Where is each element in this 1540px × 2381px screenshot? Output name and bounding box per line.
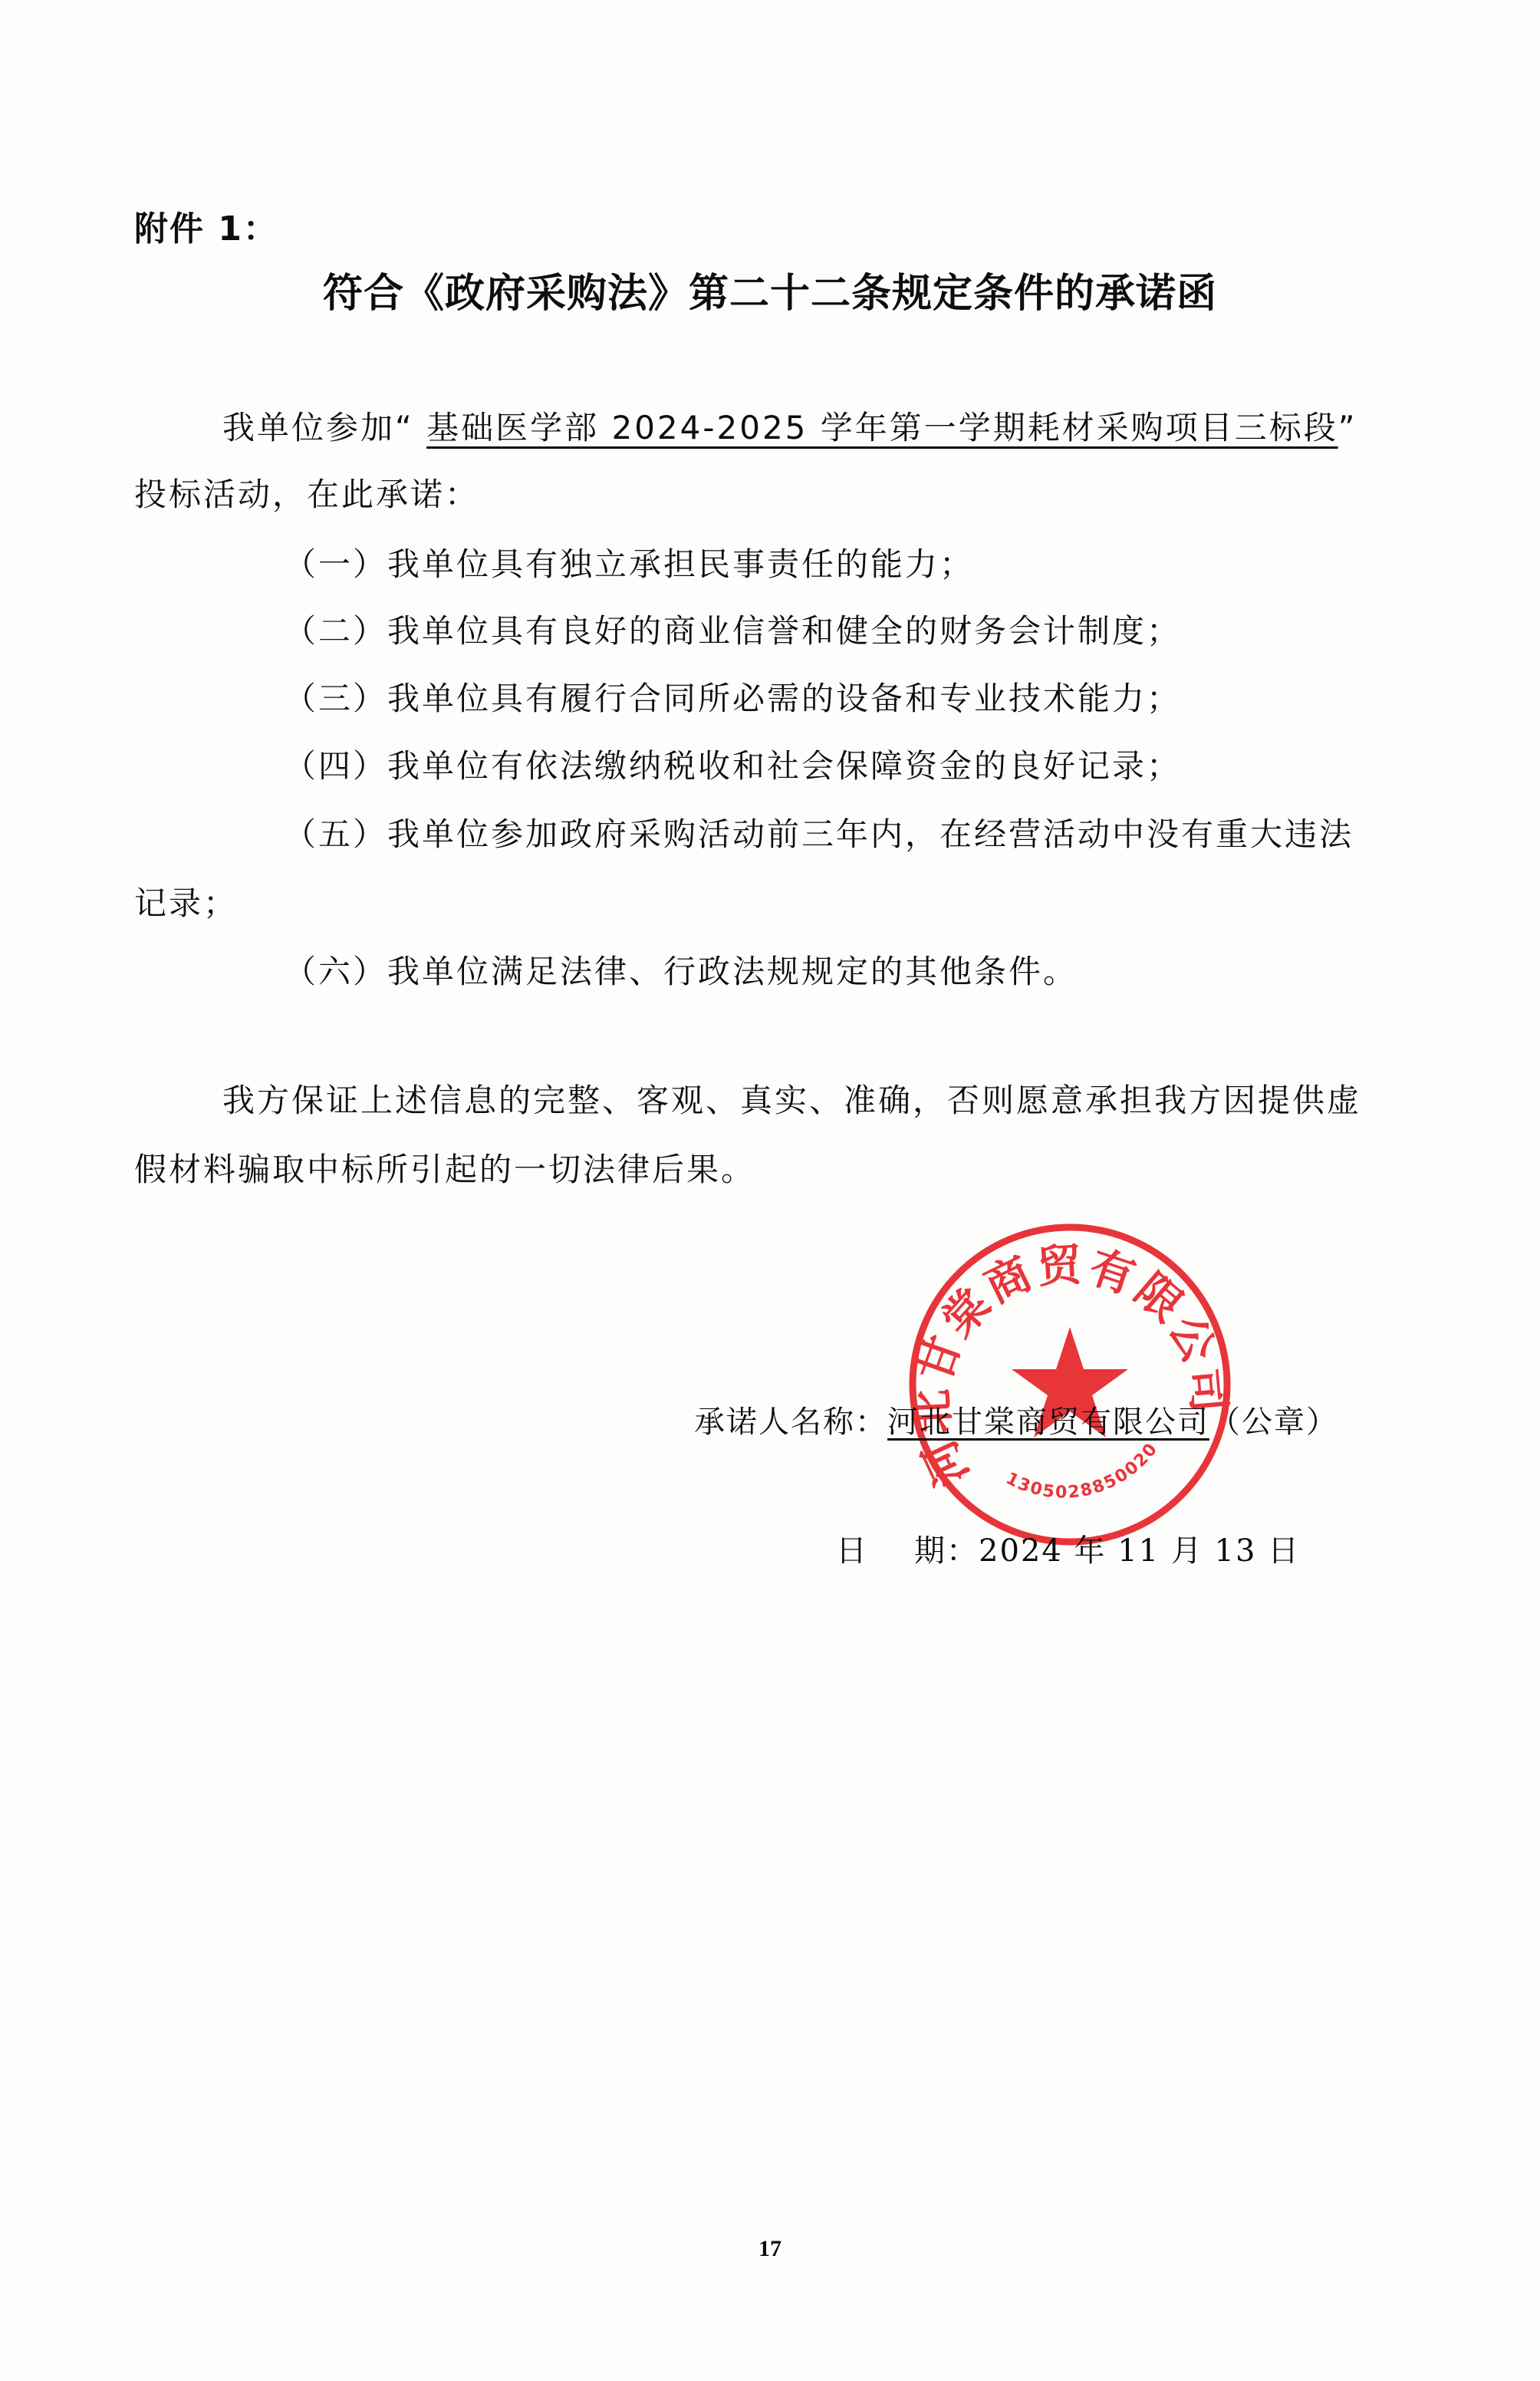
commitment-text: 我单位满足法律、行政法规规定的其他条件。	[387, 953, 1078, 990]
signature-line: 承诺人名称：河北甘棠商贸有限公司（公章）	[694, 1398, 1338, 1441]
seal-note: （公章）	[1209, 1405, 1338, 1440]
commitment-text: 我单位具有良好的商业信誉和健全的财务会计制度；	[387, 612, 1181, 650]
page-number: 17	[0, 2236, 1540, 2262]
attachment-label: 附件 1：	[134, 201, 278, 250]
company-seal-stamp: 河北甘棠商贸有限公司 1305028850020	[905, 1220, 1235, 1549]
commitment-text: 我单位具有履行合同所必需的设备和专业技术能力；	[387, 680, 1181, 717]
intro-paragraph-line2: 投标活动，在此承诺：	[134, 469, 479, 515]
date-line: 日期：2024 年 11 月 13 日	[836, 1526, 1300, 1570]
company-name: 河北甘棠商贸有限公司	[887, 1405, 1209, 1440]
signature-label: 承诺人名称：	[694, 1405, 887, 1440]
commitment-item-2: （二）我单位具有良好的商业信誉和健全的财务会计制度；	[284, 606, 1181, 652]
guarantee-paragraph-line1: 我方保证上述信息的完整、客观、真实、准确，否则愿意承担我方因提供虚	[222, 1075, 1361, 1121]
date-label-1: 日	[836, 1533, 868, 1569]
commitment-text: 我单位具有独立承担民事责任的能力；	[387, 545, 974, 583]
commitment-text: 我单位有依法缴纳税收和社会保障资金的良好记录；	[387, 747, 1181, 785]
commitment-number: （五）	[284, 815, 387, 853]
date-value: 2024 年 11 月 13 日	[979, 1533, 1300, 1569]
commitment-item-5: （五）我单位参加政府采购活动前三年内，在经营活动中没有重大违法	[284, 809, 1354, 855]
commitment-item-3: （三）我单位具有履行合同所必需的设备和专业技术能力；	[284, 673, 1181, 720]
commitment-number: （四）	[284, 747, 387, 785]
commitment-number: （二）	[284, 612, 387, 650]
guarantee-paragraph-line2: 假材料骗取中标所引起的一切法律后果。	[134, 1144, 755, 1190]
commitment-text: 我单位参加政府采购活动前三年内，在经营活动中没有重大违法	[387, 815, 1354, 853]
intro-prefix: 我单位参加“	[222, 409, 426, 446]
project-name: 基础医学部 2024-2025 学年第一学期耗材采购项目三标段	[426, 409, 1338, 446]
seal-serial-number: 1305028850020	[1002, 1439, 1162, 1503]
commitment-item-1: （一）我单位具有独立承担民事责任的能力；	[284, 539, 974, 585]
commitment-item-5-continuation: 记录；	[134, 878, 238, 924]
document-title: 符合《政府采购法》第二十二条规定条件的承诺函	[0, 261, 1540, 318]
commitment-number: （三）	[284, 680, 387, 717]
commitment-number: （六）	[284, 953, 387, 990]
commitment-number: （一）	[284, 545, 387, 583]
intro-paragraph-line1: 我单位参加“ 基础医学部 2024-2025 学年第一学期耗材采购项目三标段”	[222, 403, 1357, 449]
intro-suffix: ”	[1338, 409, 1357, 446]
date-label-2: 期：	[914, 1533, 979, 1569]
commitment-item-4: （四）我单位有依法缴纳税收和社会保障资金的良好记录；	[284, 741, 1181, 787]
commitment-item-6: （六）我单位满足法律、行政法规规定的其他条件。	[284, 947, 1078, 993]
